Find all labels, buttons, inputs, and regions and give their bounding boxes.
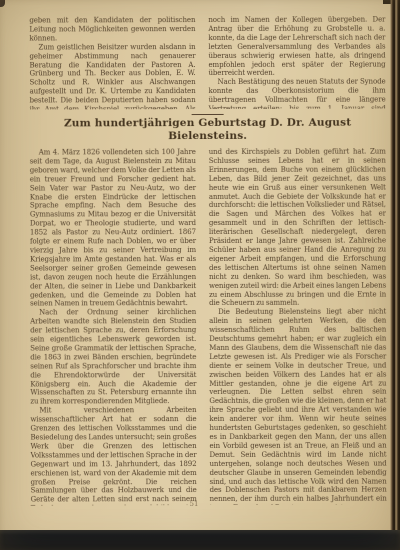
book-edge-strip [390,0,400,550]
paragraph: Nach der Ordnung seiner kirchlichen Arbe… [30,308,196,406]
scanned-journal-page: geben mit den Kandidaten der politischen… [0,0,400,550]
page-corner-mark-left [0,0,5,7]
article-left-column: Am 4. März 1826 vollendeten sich 100 Jah… [30,148,197,505]
paragraph: Zum geistlichen Beisitzer wurden alsdann… [29,43,195,110]
top-continuation-section: geben mit den Kandidaten der politischen… [29,16,385,110]
article-right-column: und des Kirchspiels zu Doblen geführt ha… [209,148,387,505]
paragraph: geben mit den Kandidaten der politischen… [29,16,195,43]
section-divider-rule [192,114,224,115]
paragraph: Nach Bestätigung des neuen Statuts der S… [209,78,386,110]
article-body: Am 4. März 1826 vollendeten sich 100 Jah… [30,148,387,506]
paragraph: Mit verschiedenen Arbeiten wissenschaftl… [30,406,196,505]
page-number: 51 [0,500,388,508]
paragraph: und des Kirchspiels zu Doblen geführt ha… [209,148,386,309]
scan-bottom-band [0,530,400,550]
top-left-column: geben mit den Kandidaten der politischen… [29,16,195,109]
paragraph: Am 4. März 1826 vollendeten sich 100 Jah… [30,148,196,309]
top-right-column: noch im Namen der Kollegen übergeben. De… [208,16,385,109]
paragraph: noch im Namen der Kollegen übergeben. De… [208,16,385,79]
paragraph: Die Bedeutung Bielensteins liegt aber ni… [209,308,387,506]
article-title: Zum hundertjährigen Geburtstag D. Dr. Au… [30,117,386,144]
page-content: geben mit den Kandidaten der politischen… [29,16,386,506]
